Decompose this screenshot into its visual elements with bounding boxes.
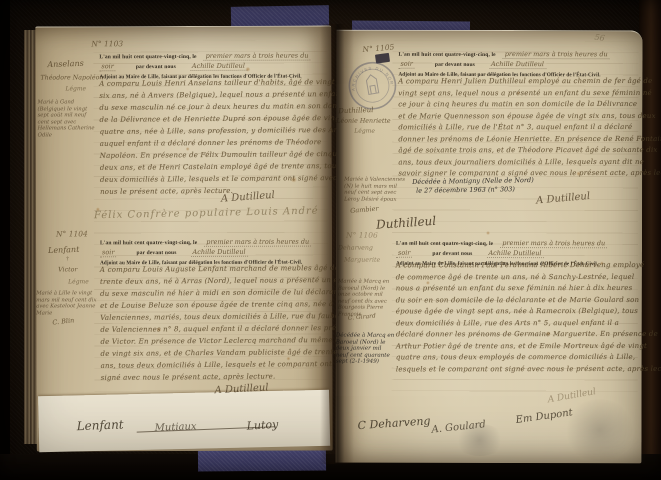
margin-marriage-note: Mariée à Valenciennes (N) le huit mars m… [344,177,406,204]
declarant-signature: Lenfant [76,417,123,433]
act-number-1106: N° 1106 [346,231,378,240]
smudge [563,399,635,461]
margin-death-note: Décédée à Marcq en Baroeul (Nord) le deu… [336,333,396,366]
act-body-text-1104: A comparu Louis Auguste Lenfant marchand… [100,262,358,384]
margin-given-names: Victor [58,266,77,273]
act-body-line: du soir en son domicile de la déclarante… [396,294,661,306]
act-body-line: épouse âgée de vingt sept ans, née à Ram… [396,306,661,318]
act-body-line: A comparu Henri Julien Duthilleul employ… [398,76,661,88]
margin-given-names: Marguerite [344,257,380,264]
death-mention-line2: le 27 décembre 1963 (n° 303) [416,185,515,194]
margin-surname: Deharveng [338,245,373,252]
officer-signature: A Dutilleul [536,191,591,207]
margin-given-names: Théodore Napoléon [40,74,103,81]
act-body-line: deux domiciliés à Lille, lesquels et le … [100,172,367,186]
margin-status: Légme [354,128,375,135]
witness-signature: Lutoy [246,418,278,433]
declarant-name-signature: Duthilleul [376,214,437,232]
margin-status: Légme [65,85,86,92]
left-page: N° 1103 Anselans Théodore Napoléon Légme… [35,25,332,451]
officer-signature-faint: A Dutilleul [547,387,597,405]
act-body-line: ce jour à cinq heures du matin en son do… [398,99,661,111]
interline-note: Félix Confrère populaire Louis André [94,206,319,222]
act-body-line: signé avec nous le présent acte, après l… [101,370,359,384]
act-body-line: nous a présenté un enfant du sexe fémini… [396,283,661,295]
act-body-line: quatre ans, née à Lille, sans profession… [100,124,367,138]
act-body-line: vingt sept ans, lequel nous a présenté u… [398,87,661,99]
margin-surname: Duthilleul [338,106,373,115]
act-body-line: ans, tous deux journaliers domiciliés à … [398,156,661,168]
margin-note-signature: Gambier [350,204,379,214]
act-body-line: de commerce âgé de trente un ans, né à S… [396,271,661,283]
act-body-line: deux domiciliés à Lille, rue des Arts n°… [396,317,661,329]
margin-note-signature: C. Blin [52,316,75,326]
death-mention-line1: Décédée à Montigny (Nelle de Nord) [412,176,534,186]
act-body-line: Arthur Potier âgé de trente ans, et de E… [396,340,661,352]
act-body-line: donner les prénoms de Léonie Henriette. … [398,133,661,145]
act-body-line: âgé de soixante trois ans, et de Théodor… [398,145,661,157]
margin-status: Légme [68,278,89,285]
act-body-line: et de Marie Quennesson son épouse âgée d… [398,110,661,122]
margin-marriage-note: Marié à Gand (Belgique) le vingt sept ao… [38,99,98,139]
act-body-line: A comparu Constantin Paul Ferdinand Albé… [396,260,661,272]
act-body-line: lesquels et le comparant ont signé avec … [396,363,661,375]
margin-marriage-note: Marié à Lille le vingt mars mil neuf cen… [36,290,98,317]
binding-cloth-bottom [198,447,326,471]
right-page: 56 ARCHIVES DU NORD N° 1105 Duthilleul L… [335,30,642,464]
photo-left-edge [0,0,10,480]
act-body-text-1106: A comparu Constantin Paul Ferdinand Albé… [396,260,661,375]
witness-signature: A. Goulard [431,419,486,435]
act-number-1105: N° 1105 [362,42,394,54]
margin-given-names: Léonie Henriette [336,118,390,125]
act-body-text-1103: A comparu Louis Henri Anselans tailleur … [99,76,367,198]
act-body-line: déclaré donner les prénoms de Germaine M… [396,329,661,341]
act-number-1104: N° 1104 [56,229,88,238]
deceased-cross-mark: † [66,256,69,262]
act-body-line: domiciliés à Lille, rue de l'État n° 3, … [398,122,661,134]
act-body-line: ans, tous deux domiciliés à Lille, lesqu… [101,358,359,372]
register-book-photo: N° 1103 Anselans Théodore Napoléon Légme… [0,0,661,480]
margin-surname: Anselans [47,59,84,69]
act-body-text-1105: A comparu Henri Julien Duthilleul employ… [398,76,661,180]
page-number: 56 [594,33,605,43]
declarant-signature: C Deharveng [357,414,431,432]
margin-note-signature: C. Girard [348,312,377,321]
witness-signature: Em Dupont [515,407,573,426]
margin-surname: Lenfant [48,245,80,255]
act-body-line: quatre ans, tous deux employés de commer… [396,352,661,364]
